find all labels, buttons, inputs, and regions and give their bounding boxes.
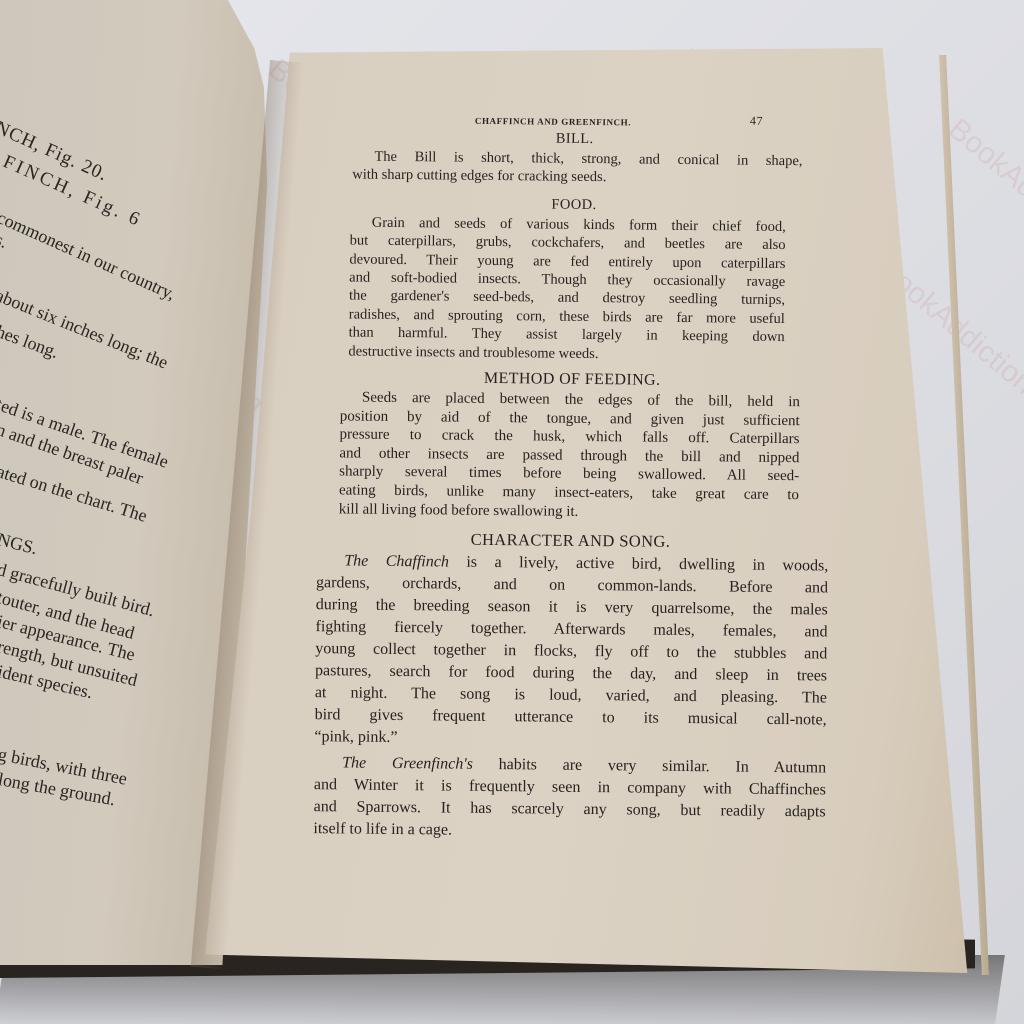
text-fragment: habits are very similar. In Autumn xyxy=(473,756,826,777)
section-body-bill: The Bill is short, thick, strong, and co… xyxy=(304,147,802,189)
italic-species-greenfinch: The Greenfinch's xyxy=(342,755,473,773)
left-line: commonest in our country, xyxy=(0,208,178,303)
left-line: s. xyxy=(0,230,11,251)
italic-species-chaffinch: The Chaffinch xyxy=(344,553,449,571)
text-fragment: is a lively, active bird, dwelling in wo… xyxy=(449,554,829,575)
section-heading-character-and-song: CHARACTER AND SONG. xyxy=(300,528,840,554)
section-body-food: Grain and seeds of various kinds form th… xyxy=(302,213,786,365)
section-body-method-of-feeding: Seeds are placed between the edges of th… xyxy=(301,388,800,523)
running-head-title: CHAFFINCH AND GREENFINCH. xyxy=(475,116,631,128)
left-line: about six inches long; the xyxy=(0,286,171,372)
page-number: 47 xyxy=(750,114,763,129)
section-body-character-and-song: The Chaffinch is a lively, active bird, … xyxy=(297,550,828,846)
left-subheading: NGS. xyxy=(0,530,39,557)
right-page-content: CHAFFINCH AND GREENFINCH. 47 BILL. The B… xyxy=(297,108,845,846)
